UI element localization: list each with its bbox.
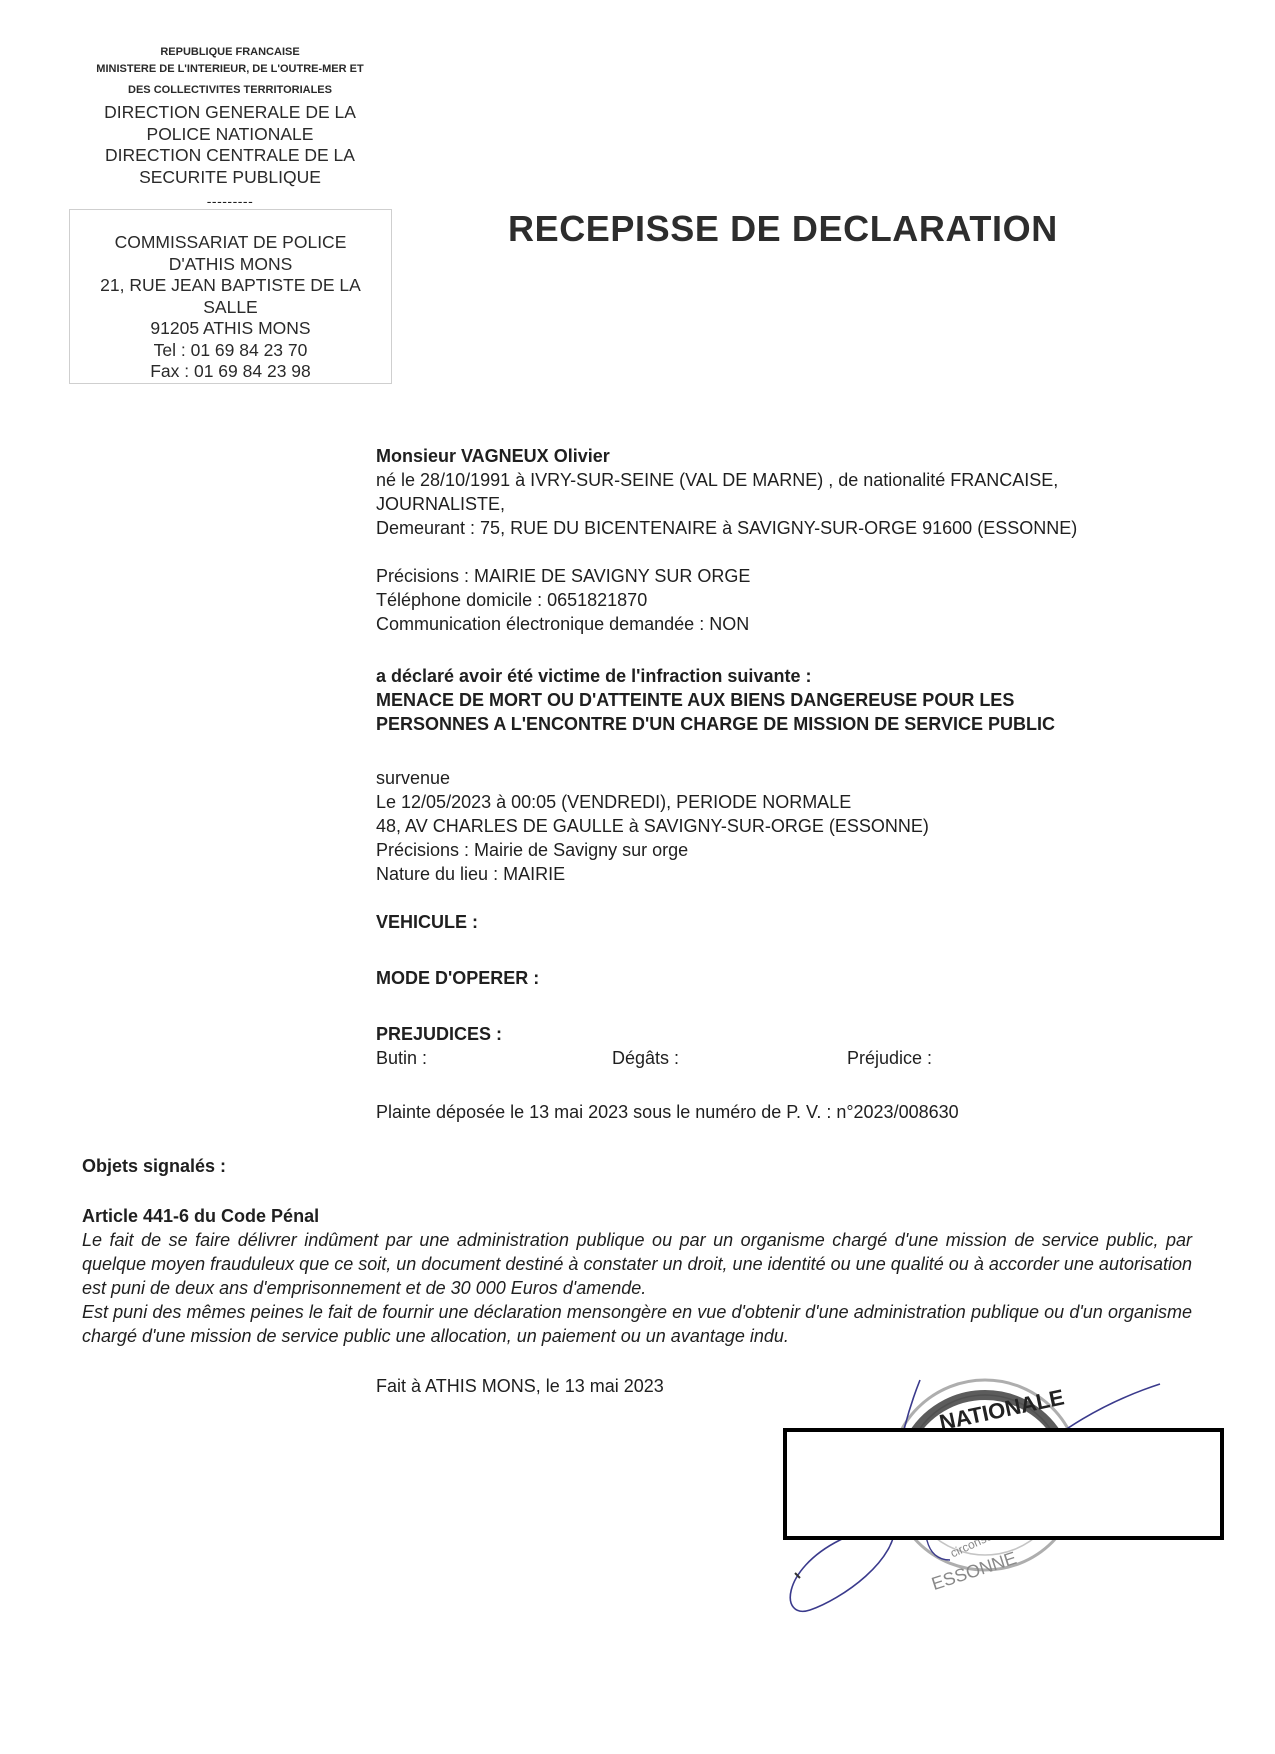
law-paragraph-2: Est puni des mêmes peines le fait de fou… [82, 1300, 1192, 1348]
declarant-profession: JOURNALISTE, [376, 492, 1256, 516]
law-paragraph-1: Le fait de se faire délivrer indûment pa… [82, 1228, 1192, 1300]
infraction-block: a déclaré avoir été victime de l'infract… [376, 664, 1236, 736]
station-line-4: SALLE [70, 297, 391, 319]
ministry-header: REPUBLIQUE FRANCAISE MINISTERE DE L'INTE… [70, 44, 390, 208]
document-title: RECEPISSE DE DECLARATION [508, 208, 1058, 250]
occurrence-date: Le 12/05/2023 à 00:05 (VENDREDI), PERIOD… [376, 790, 1256, 814]
occurrence-place-type: Nature du lieu : MAIRIE [376, 862, 1256, 886]
ministry-line-1: MINISTERE DE L'INTERIEUR, DE L'OUTRE-MER… [70, 61, 390, 78]
infraction-line-1: MENACE DE MORT OU D'ATTEINTE AUX BIENS D… [376, 688, 1236, 712]
ministry-line-2: DES COLLECTIVITES TERRITORIALES [70, 78, 390, 102]
occurrence-precisions: Précisions : Mairie de Savigny sur orge [376, 838, 1256, 862]
declarant-address: Demeurant : 75, RUE DU BICENTENAIRE à SA… [376, 516, 1256, 540]
electronic-communication: Communication électronique demandée : NO… [376, 612, 1256, 636]
occurrence-block: survenue Le 12/05/2023 à 00:05 (VENDREDI… [376, 766, 1256, 886]
modus-operandi-label: MODE D'OPERER : [376, 966, 1256, 990]
station-line-6: Tel : 01 69 84 23 70 [70, 340, 391, 362]
vehicle-label: VEHICULE : [376, 910, 1256, 934]
occurrence-location: 48, AV CHARLES DE GAULLE à SAVIGNY-SUR-O… [376, 814, 1256, 838]
damages-label: PREJUDICES : [376, 1022, 1256, 1046]
declarant-contact-block: Précisions : MAIRIE DE SAVIGNY SUR ORGE … [376, 564, 1256, 636]
occurrence-label: survenue [376, 766, 1256, 790]
station-line-3: 21, RUE JEAN BAPTISTE DE LA [70, 275, 391, 297]
header-separator: --------- [70, 194, 390, 208]
direction-line-1: DIRECTION GENERALE DE LA [70, 102, 390, 124]
declarant-name: Monsieur VAGNEUX Olivier [376, 444, 1256, 468]
complaint-reference: Plainte déposée le 13 mai 2023 sous le n… [376, 1100, 1256, 1124]
loot-label: Butin : [376, 1046, 427, 1070]
declarant-precisions: Précisions : MAIRIE DE SAVIGNY SUR ORGE [376, 564, 1256, 588]
prejudice-label: Préjudice : [847, 1046, 932, 1070]
direction-line-3: DIRECTION CENTRALE DE LA [70, 145, 390, 167]
station-line-2: D'ATHIS MONS [70, 254, 391, 276]
damage-label: Dégâts : [612, 1046, 679, 1070]
law-title: Article 441-6 du Code Pénal [82, 1204, 1192, 1228]
declarant-phone: Téléphone domicile : 0651821870 [376, 588, 1256, 612]
infraction-intro: a déclaré avoir été victime de l'infract… [376, 664, 1236, 688]
station-line-7: Fax : 01 69 84 23 98 [70, 361, 391, 383]
infraction-line-2: PERSONNES A L'ENCONTRE D'UN CHARGE DE MI… [376, 712, 1236, 736]
objects-reported-label: Objets signalés : [82, 1154, 1192, 1178]
redacted-signature-box [783, 1428, 1224, 1540]
declarant-block: Monsieur VAGNEUX Olivier né le 28/10/199… [376, 444, 1256, 540]
station-line-5: 91205 ATHIS MONS [70, 318, 391, 340]
direction-line-4: SECURITE PUBLIQUE [70, 167, 390, 189]
police-station-box: COMMISSARIAT DE POLICE D'ATHIS MONS 21, … [69, 209, 392, 384]
station-line-1: COMMISSARIAT DE POLICE [70, 232, 391, 254]
law-block: Article 441-6 du Code Pénal Le fait de s… [82, 1204, 1192, 1348]
declarant-birth: né le 28/10/1991 à IVRY-SUR-SEINE (VAL D… [376, 468, 1256, 492]
direction-line-2: POLICE NATIONALE [70, 124, 390, 146]
republic-label: REPUBLIQUE FRANCAISE [70, 44, 390, 61]
